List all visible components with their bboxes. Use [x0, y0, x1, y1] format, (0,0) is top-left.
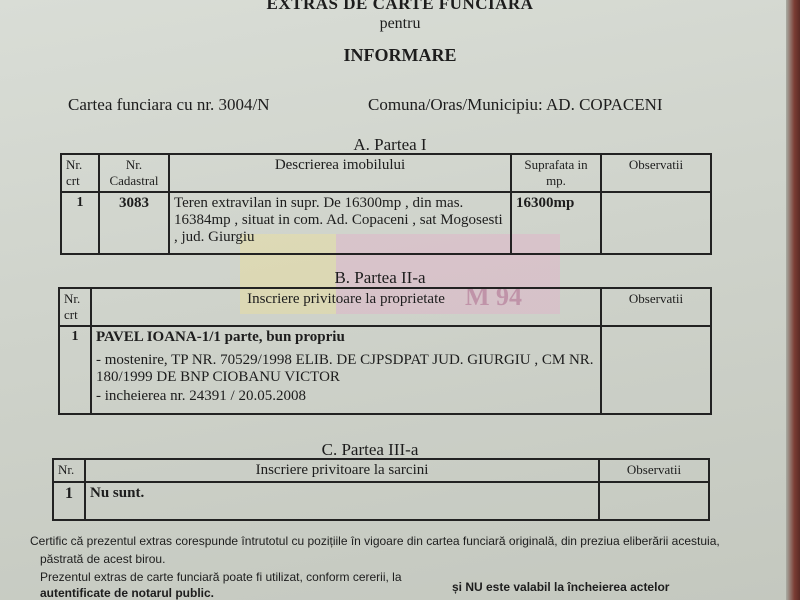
header-suprafata: Suprafata in mp.: [511, 154, 601, 192]
header-descriere: Descrierea imobilului: [169, 154, 511, 192]
owner: PAVEL IOANA-1/1 parte, bun propriu: [96, 329, 596, 346]
table-row: 1 3083 Teren extravilan in supr. De 1630…: [61, 192, 711, 254]
header-nr: Nr. crt: [61, 154, 99, 192]
table-row: 1 PAVEL IOANA-1/1 parte, bun propriu - m…: [59, 326, 711, 414]
comuna: Comuna/Oras/Municipiu: AD. COPACENI: [368, 95, 663, 115]
partea2-table: Nr. crt Inscriere privitoare la propriet…: [58, 287, 712, 415]
partea1-table: Nr. crt Nr. Cadastral Descrierea imobilu…: [60, 153, 712, 255]
footer-line2: păstrată de acest birou.: [40, 552, 165, 566]
header-cadastral: Nr. Cadastral: [99, 154, 169, 192]
footer-line3b: și NU este valabil la încheierea actelor: [452, 580, 669, 594]
page-edge: [786, 0, 800, 600]
footer-line1: Certific că prezentul extras corespunde …: [30, 534, 720, 548]
document-purpose: INFORMARE: [0, 45, 800, 66]
document-title: EXTRAS DE CARTE FUNCIARA: [0, 0, 800, 14]
partea1-title: A. Partea I: [290, 135, 490, 155]
footer-line4: autentificate de notarul public.: [40, 586, 214, 600]
partea3-title: C. Partea III-a: [270, 440, 470, 460]
table-row: 1 Nu sunt.: [53, 482, 709, 520]
footer-line3: Prezentul extras de carte funciară poate…: [40, 570, 402, 584]
document-subtitle: pentru: [0, 15, 800, 33]
partea2-title: B. Partea II-a: [280, 268, 480, 288]
header-observatii: Observatii: [601, 154, 711, 192]
partea3-table: Nr. Inscriere privitoare la sarcini Obse…: [52, 458, 710, 521]
carte-funciara-number: Cartea funciara cu nr. 3004/N: [68, 95, 270, 115]
